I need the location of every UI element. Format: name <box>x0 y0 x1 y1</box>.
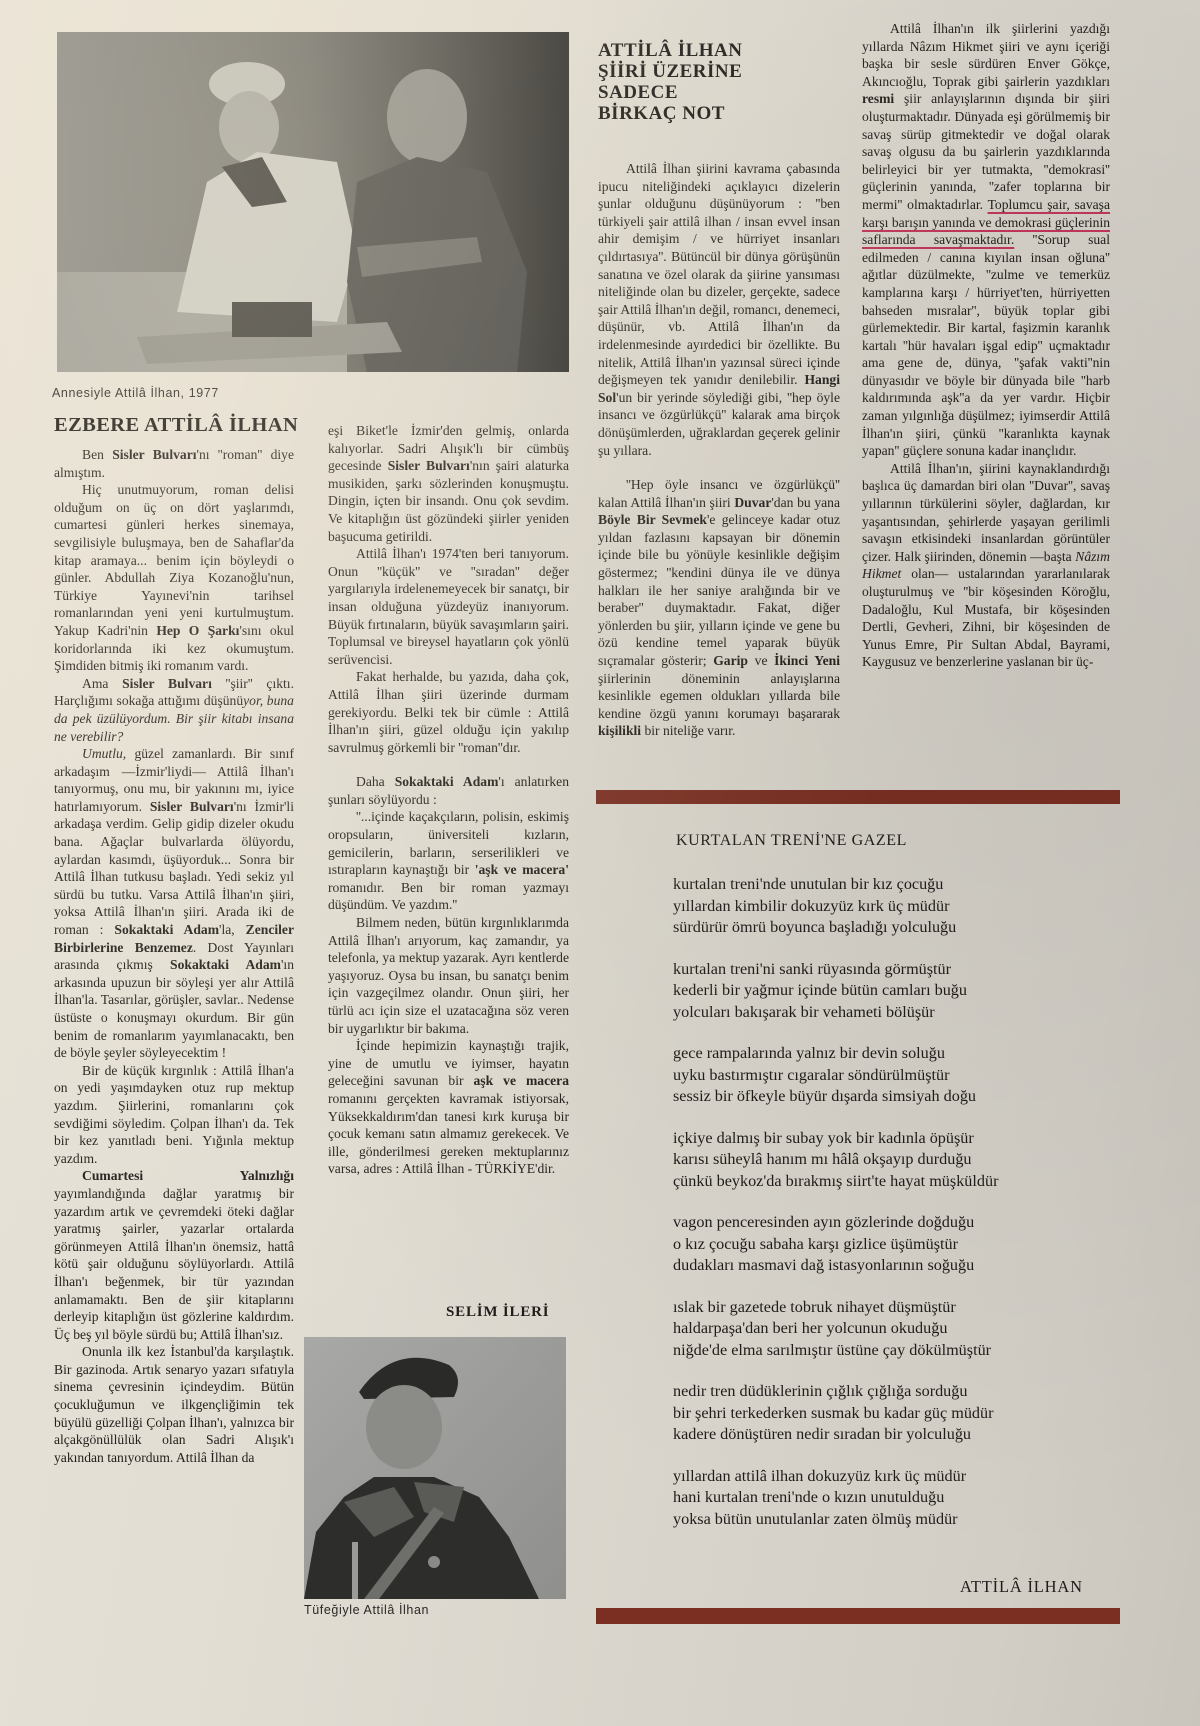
paragraph: Attilâ İlhan'ı 1974'ten beri tanıyorum. … <box>328 545 569 668</box>
poem-line: hani kurtalan treni'nde o kızın unutuldu… <box>673 1487 1093 1509</box>
paragraph: Ama Sisler Bulvarı ''şiir'' çıktı. Harçl… <box>54 675 294 745</box>
poem-line: yoksa bütün unutulanlar zaten ölmüş müdü… <box>673 1509 1093 1531</box>
poem-line: vagon penceresinden ayın gözlerinde doğd… <box>673 1212 1093 1234</box>
paragraph: ''Hep öyle insancı ve özgürlükçü'' kalan… <box>598 476 840 740</box>
poem-line: kadere dönüştüren nedir sıradan bir yolc… <box>673 1424 1093 1446</box>
article-column-1: Ben Sisler Bulvarı'nı ''roman'' diye alm… <box>54 446 294 1466</box>
poem-author: ATTİLÂ İLHAN <box>960 1577 1083 1597</box>
poem-line: çünkü beykoz'da bırakmış siirt'te hayat … <box>673 1171 1093 1193</box>
paragraph: eşi Biket'le İzmir'den gelmiş, onlarda k… <box>328 422 569 545</box>
poem-line: kederli bir yağmur içinde bütün camları … <box>673 980 1093 1002</box>
paragraph: Ben Sisler Bulvarı'nı ''roman'' diye alm… <box>54 446 294 481</box>
poem-stanza: kurtalan treni'ni sanki rüyasında görmüş… <box>673 959 1093 1024</box>
poem-line: uyku bastırmıştır cıgaralar söndürülmüşt… <box>673 1065 1093 1087</box>
title-line-3: SADECE <box>598 82 742 103</box>
paragraph: Fakat herhalde, bu yazıda, daha çok, Att… <box>328 668 569 756</box>
poem-stanza: ıslak bir gazetede tobruk nihayet düşmüş… <box>673 1297 1093 1362</box>
poem-stanza: yıllardan attilâ ilhan dokuzyüz kırk üç … <box>673 1466 1093 1531</box>
poem-line: o kız çocuğu sabaha karşı gizlice üşümüş… <box>673 1234 1093 1256</box>
poem-line: yolcuları bakışarak bir vehameti bölüşür <box>673 1002 1093 1024</box>
poem-line: niğde'de elma sarılmıştır üstüne çay dök… <box>673 1340 1093 1362</box>
poem-body: kurtalan treni'nde unutulan bir kız çocu… <box>673 874 1093 1530</box>
article-title-birkac-not: ATTİLÂ İLHAN ŞİİRİ ÜZERİNE SADECE BİRKAÇ… <box>598 40 742 124</box>
poem-line: haldarpaşa'dan beri her yolcunun okuduğu <box>673 1318 1093 1340</box>
poem-line: yıllardan attilâ ilhan dokuzyüz kırk üç … <box>673 1466 1093 1488</box>
poem-stanza: içkiye dalmış bir subay yok bir kadınla … <box>673 1128 1093 1193</box>
article-headline-ezbere: EZBERE ATTİLÂ İLHAN <box>54 414 298 437</box>
title-line-2: ŞİİRİ ÜZERİNE <box>598 61 742 82</box>
poem-line: içkiye dalmış bir subay yok bir kadınla … <box>673 1128 1093 1150</box>
section-divider-bottom <box>596 1608 1120 1624</box>
poem-line: sürdürür ömrü boyunca başladığı yolculuğ… <box>673 917 1093 939</box>
poem-line: karısı süheylâ hanım mı hâlâ okşayıp dur… <box>673 1149 1093 1171</box>
photo-with-mother <box>57 32 569 372</box>
paragraph: Cumartesi Yalnızlığı yayımlandığında dağ… <box>54 1167 294 1343</box>
photo-with-mother-image <box>57 32 569 372</box>
paragraph: Attilâ İlhan'ın, şiirini kaynaklandırdığ… <box>862 460 1110 671</box>
article-column-3: Attilâ İlhan şiirini kavrama çabasında i… <box>598 160 840 740</box>
photo-with-rifle <box>304 1337 566 1599</box>
poem-line: kurtalan treni'ni sanki rüyasında görmüş… <box>673 959 1093 981</box>
poem-line: ıslak bir gazetede tobruk nihayet düşmüş… <box>673 1297 1093 1319</box>
paragraph: Bir de küçük kırgınlık : Attilâ İlhan'a … <box>54 1062 294 1168</box>
title-line-1: ATTİLÂ İLHAN <box>598 40 742 61</box>
poem-line: dudakları masmavi dağ istasyonlarının so… <box>673 1255 1093 1277</box>
photo-with-rifle-image <box>304 1337 566 1599</box>
paragraph: Attilâ İlhan şiirini kavrama çabasında i… <box>598 160 840 459</box>
byline-selim-ileri: SELİM İLERİ <box>446 1304 549 1321</box>
photo-with-mother-caption: Annesiyle Attilâ İlhan, 1977 <box>52 386 219 400</box>
newspaper-page: Annesiyle Attilâ İlhan, 1977 EZBERE ATTİ… <box>0 0 1200 1726</box>
poem-line: bir şehri terkederken susmak bu kadar gü… <box>673 1403 1093 1425</box>
paragraph: Hiç unutmuyorum, roman delisi olduğum on… <box>54 481 294 675</box>
paragraph: Bilmem neden, bütün kırgınlıklarımda Att… <box>328 914 569 1037</box>
section-divider-top <box>596 790 1120 804</box>
article-column-2: eşi Biket'le İzmir'den gelmiş, onlarda k… <box>328 422 569 1178</box>
poem-stanza: nedir tren düdüklerinin çığlık çığlığa s… <box>673 1381 1093 1446</box>
paragraph: Daha Sokaktaki Adam'ı anlatırken şunları… <box>328 773 569 808</box>
poem-line: kurtalan treni'nde unutulan bir kız çocu… <box>673 874 1093 896</box>
poem-title: KURTALAN TRENİ'NE GAZEL <box>676 832 907 850</box>
paragraph: İçinde hepimizin kaynaştığı trajik, yine… <box>328 1037 569 1178</box>
photo-with-rifle-caption: Tüfeğiyle Attilâ İlhan <box>304 1603 429 1617</box>
article-column-4: Attilâ İlhan'ın ilk şiirlerini yazdığı y… <box>862 20 1110 671</box>
poem-line: yıllardan kimbilir dokuzyüz kırk üç müdü… <box>673 896 1093 918</box>
poem-line: nedir tren düdüklerinin çığlık çığlığa s… <box>673 1381 1093 1403</box>
paragraph: Umutlu, güzel zamanlardı. Bir sınıf arka… <box>54 745 294 1062</box>
paragraph: Onunla ilk kez İstanbul'da karşılaştık. … <box>54 1343 294 1466</box>
poem-line: sessiz bir öfkeyle büyür dışarda simsiya… <box>673 1086 1093 1108</box>
poem-stanza: vagon penceresinden ayın gözlerinde doğd… <box>673 1212 1093 1277</box>
poem-line: gece rampalarında yalnız bir devin soluğ… <box>673 1043 1093 1065</box>
poem-stanza: gece rampalarında yalnız bir devin soluğ… <box>673 1043 1093 1108</box>
paragraph: Attilâ İlhan'ın ilk şiirlerini yazdığı y… <box>862 20 1110 460</box>
paragraph: ''...içinde kaçakçıların, polisin, eskim… <box>328 808 569 914</box>
title-line-4: BİRKAÇ NOT <box>598 103 742 124</box>
poem-stanza: kurtalan treni'nde unutulan bir kız çocu… <box>673 874 1093 939</box>
